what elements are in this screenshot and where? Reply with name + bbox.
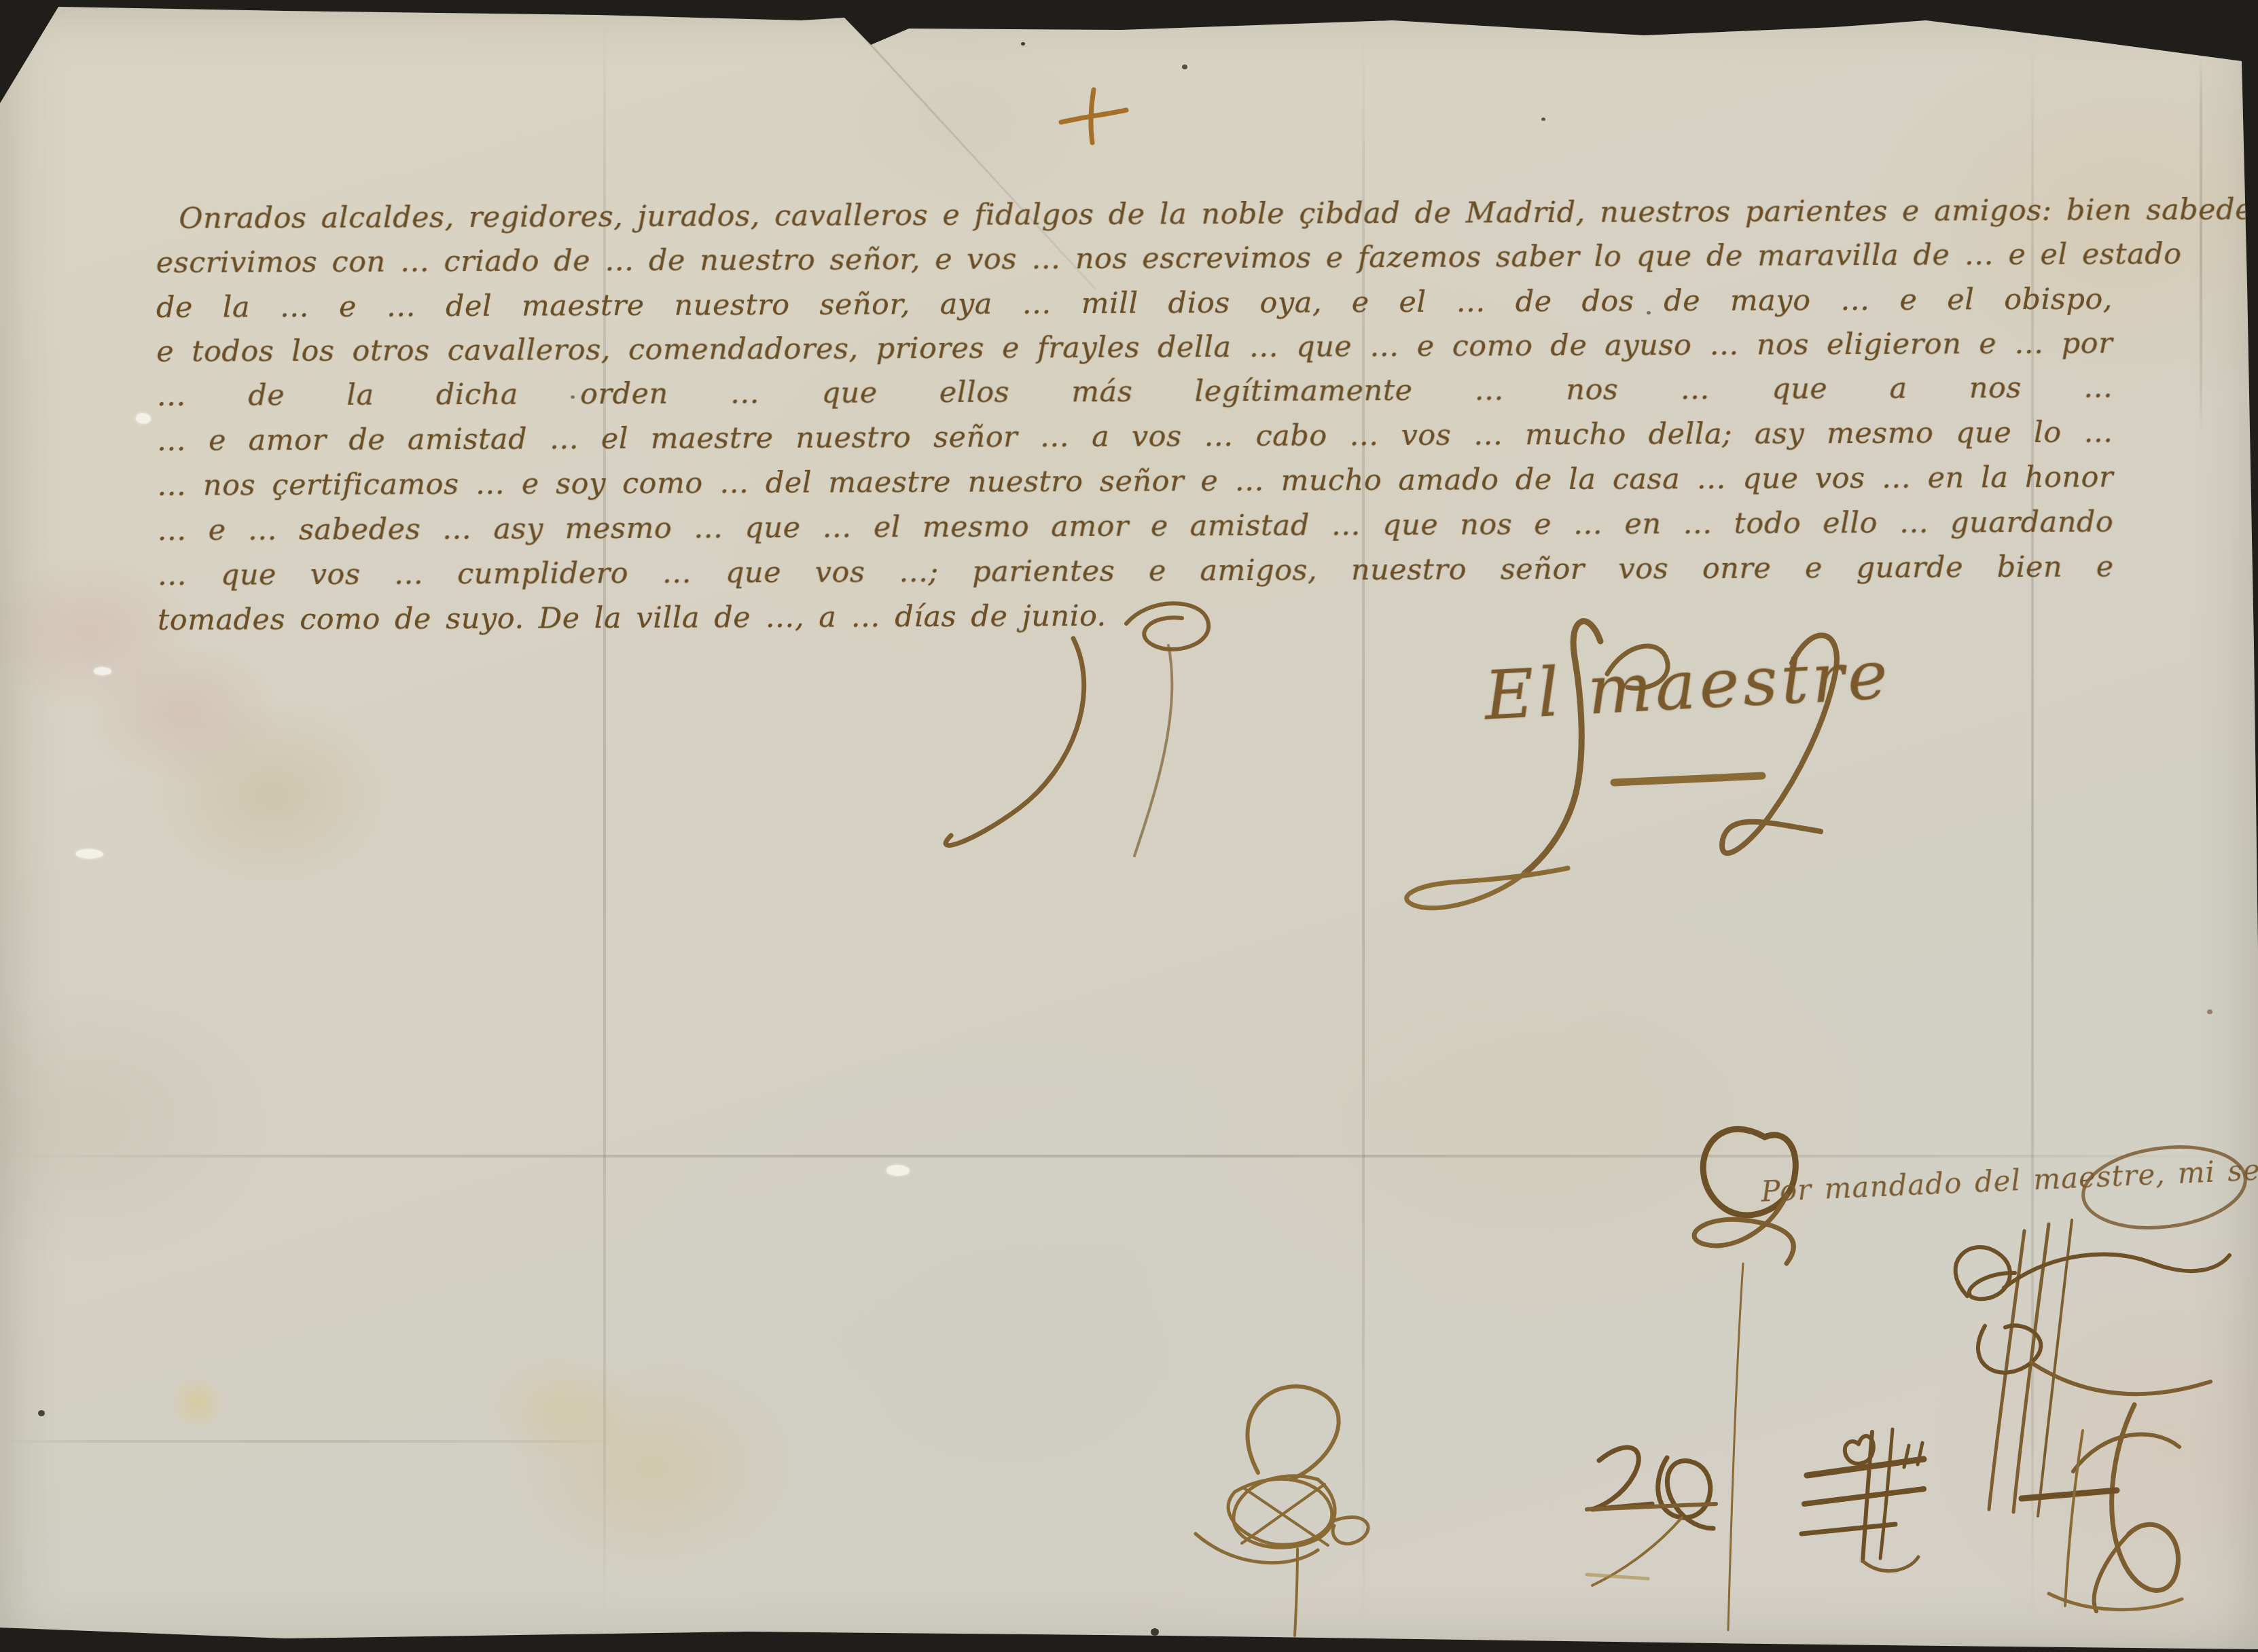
manuscript-line: escrivimos con … criado de … de nuestro … (156, 234, 2113, 285)
rubric-mark-1 (1196, 1365, 1372, 1637)
paper-chip (136, 413, 151, 424)
manuscript-line: de la … e … del maestre nuestro señor, a… (156, 279, 2113, 329)
rubric-mark-3 (1793, 1417, 1943, 1580)
paper-chip (76, 849, 103, 859)
paper-chip (94, 667, 111, 675)
parchment-sheet: Onrados alcaldes, regidores, jurados, ca… (0, 0, 2258, 1652)
descender-flourish (910, 632, 1196, 876)
fold-crease (7, 1155, 2235, 1157)
manuscript-line: Onrados alcaldes, regidores, jurados, ca… (179, 190, 2112, 240)
paper-chip (886, 1165, 910, 1176)
fold-crease (0, 1440, 611, 1443)
manuscript-line: … de la dicha orden … que ellos más legí… (156, 367, 2113, 418)
rubric-mark-2 (1587, 1433, 1763, 1590)
manuscript-line: e todos los otros cavalleros, comendador… (156, 323, 2113, 374)
invocation-cross-icon (1056, 84, 1130, 147)
manuscript-line: … e amor de amistad … el maestre nuestro… (157, 412, 2113, 463)
ink-specks (1021, 42, 1025, 46)
manuscript-scan: Onrados alcaldes, regidores, jurados, ca… (0, 0, 2258, 1652)
fold-crease (2200, 54, 2202, 435)
manuscript-line: … e … sabedes … asy mesmo … que … el mes… (157, 501, 2113, 552)
manuscript-line: … nos çertificamos … e soy como … del ma… (157, 456, 2113, 507)
rubric-mark-4 (2008, 1390, 2205, 1614)
